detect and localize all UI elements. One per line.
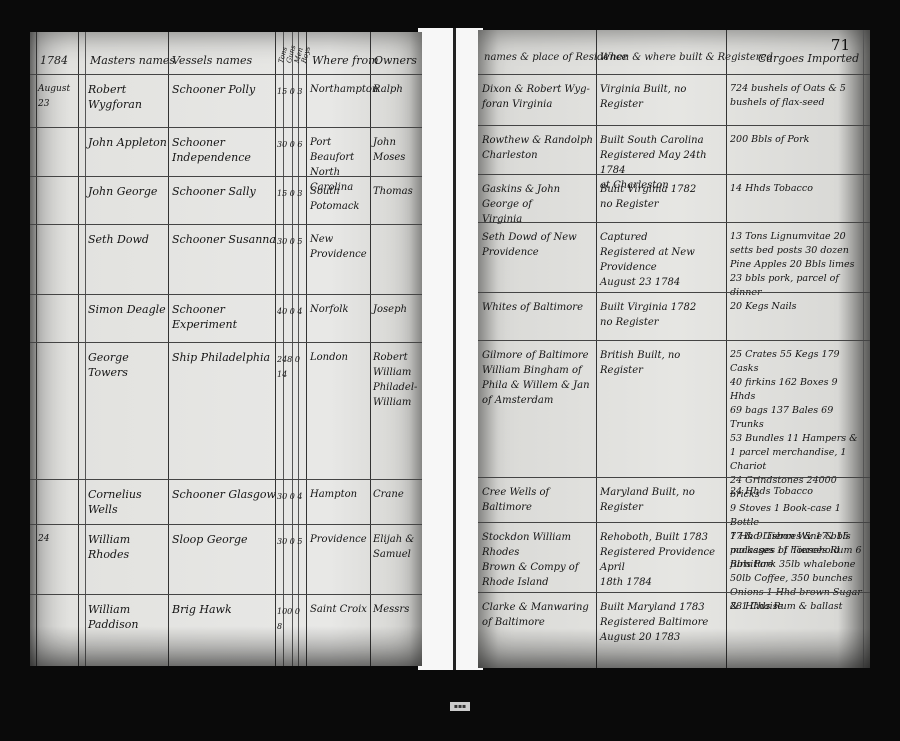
row-divider [478, 477, 870, 478]
cell-owners: Crane [373, 487, 419, 502]
cell-vessel: Brig Hawk [172, 602, 276, 617]
cell-vessel: Sloop George [172, 532, 276, 547]
cell-vessel: Ship Philadelphia [172, 350, 276, 365]
cell-residence: Gilmore of Baltimore William Bingham of … [482, 348, 596, 408]
cell-from: South Potomack [310, 184, 370, 214]
cell-measure: 248 0 14 [277, 352, 307, 382]
cell-owners: Ralph [373, 82, 419, 97]
cell-vessel: Schooner Experiment [172, 302, 276, 332]
book-gutter-left [418, 28, 458, 670]
cell-measure: 30 0 6 [277, 137, 307, 152]
cell-master: Cornelius Wells [88, 487, 168, 517]
row-divider [30, 479, 422, 480]
row-divider [478, 222, 870, 223]
row-divider [478, 74, 870, 75]
cell-master: John Appleton [88, 135, 168, 150]
cell-owners: Robert William Philadel- William [373, 350, 419, 410]
cell-master: John George [88, 184, 168, 199]
cell-vessel: Schooner Sally [172, 184, 276, 199]
cell-master: Seth Dowd [88, 232, 168, 247]
row-divider [478, 340, 870, 341]
ledger-right-page: 71 names & place of Residence When & whe… [478, 30, 870, 668]
cell-date: 24 [38, 532, 78, 547]
cell-cargo: 20 Kegs Nails [730, 300, 864, 314]
cell-built: Maryland Built, no Register [600, 485, 726, 515]
header-owners: Owners [374, 54, 417, 67]
cell-residence: Stockdon William Rhodes Brown & Compy of… [482, 530, 596, 590]
cell-residence: Dixon & Robert Wyg- foran Virginia [482, 82, 596, 112]
cell-vessel: Schooner Susanna [172, 232, 276, 247]
cell-measure: 30 0 5 [277, 534, 307, 549]
cell-master: George Towers [88, 350, 168, 380]
cell-vessel: Schooner Polly [172, 82, 276, 97]
cell-owners: Elijah & Samuel [373, 532, 419, 562]
cell-cargo: 14 Hhds Tobacco [730, 182, 864, 196]
cell-residence: Rowthew & Randolph Charleston [482, 133, 596, 163]
cell-built: Rehoboth, Built 1783 Registered Providen… [600, 530, 726, 590]
cell-residence: Whites of Baltimore [482, 300, 596, 315]
cell-built: Built Virginia 1782 no Register [600, 300, 726, 330]
row-divider [478, 522, 870, 523]
header-masters-names: Masters names [90, 54, 175, 67]
cell-from: Norfolk [310, 302, 370, 317]
cell-from: Hampton [310, 487, 370, 502]
cell-master: William Rhodes [88, 532, 168, 562]
cell-from: Northampton [310, 82, 370, 97]
cell-cargo: 724 bushels of Oats & 5 bushels of flax-… [730, 82, 864, 110]
cell-measure: 15 0 3 [277, 84, 307, 99]
cell-vessel: Schooner Independence [172, 135, 276, 165]
row-divider [30, 342, 422, 343]
cell-date: August 23 [38, 82, 78, 112]
cell-residence: Seth Dowd of New Providence [482, 230, 596, 260]
cell-built: Built Virginia 1782 no Register [600, 182, 726, 212]
cell-owners: Joseph [373, 302, 419, 317]
row-divider [30, 524, 422, 525]
cell-owners: Messrs [373, 602, 419, 617]
cell-measure: 40 0 4 [277, 304, 307, 319]
cell-master: Simon Deagle [88, 302, 168, 317]
cell-from: Saint Croix [310, 602, 370, 617]
gutter-divider [453, 28, 456, 670]
ledger-left-page: 1784 Masters names Vessels names Tons Gu… [30, 32, 422, 666]
cell-owners: John Moses [373, 135, 419, 165]
cell-from: London [310, 350, 370, 365]
row-divider [30, 594, 422, 595]
cell-residence: Cree Wells of Baltimore [482, 485, 596, 515]
cell-residence: Gaskins & John George of Virginia [482, 182, 596, 227]
row-divider [478, 292, 870, 293]
cell-owners: Thomas [373, 184, 419, 199]
header-where-from: Where from [312, 54, 379, 67]
cell-from: Providence [310, 532, 370, 547]
cell-master: Robert Wygforan [88, 82, 168, 112]
cell-from: New Providence [310, 232, 370, 262]
cell-residence: Clarke & Manwaring of Baltimore [482, 600, 596, 630]
row-divider [30, 224, 422, 225]
cell-cargo: 200 Bbls of Pork [730, 133, 864, 147]
header-vessels-names: Vessels names [172, 54, 252, 67]
row-divider [478, 592, 870, 593]
header-year: 1784 [40, 54, 68, 67]
header-built-registered: When & where built & Registered [600, 52, 773, 63]
cell-cargo: 13 Tons Lignumvitae 20 setts bed posts 3… [730, 230, 864, 300]
row-divider [30, 176, 422, 177]
cell-built: Captured Registered at New Providence Au… [600, 230, 726, 290]
cell-vessel: Schooner Glasgow [172, 487, 276, 502]
cell-measure: 30 0 5 [277, 234, 307, 249]
row-divider [30, 294, 422, 295]
cell-cargo: 24 Hhds Tobacco [730, 485, 864, 499]
cell-built: British Built, no Register [600, 348, 726, 378]
row-divider [30, 127, 422, 128]
cell-built: Virginia Built, no Register [600, 82, 726, 112]
cell-measure: 30 0 4 [277, 489, 307, 504]
header-cargoes: Cargoes Imported [758, 52, 859, 65]
cell-cargo: 28 Hhds Rum & ballast [730, 600, 864, 614]
row-divider [30, 74, 422, 75]
cell-measure: 15 0 3 [277, 186, 307, 201]
archive-stamp: ▪▪▪ [450, 702, 470, 711]
row-divider [478, 125, 870, 126]
row-divider [478, 174, 870, 175]
